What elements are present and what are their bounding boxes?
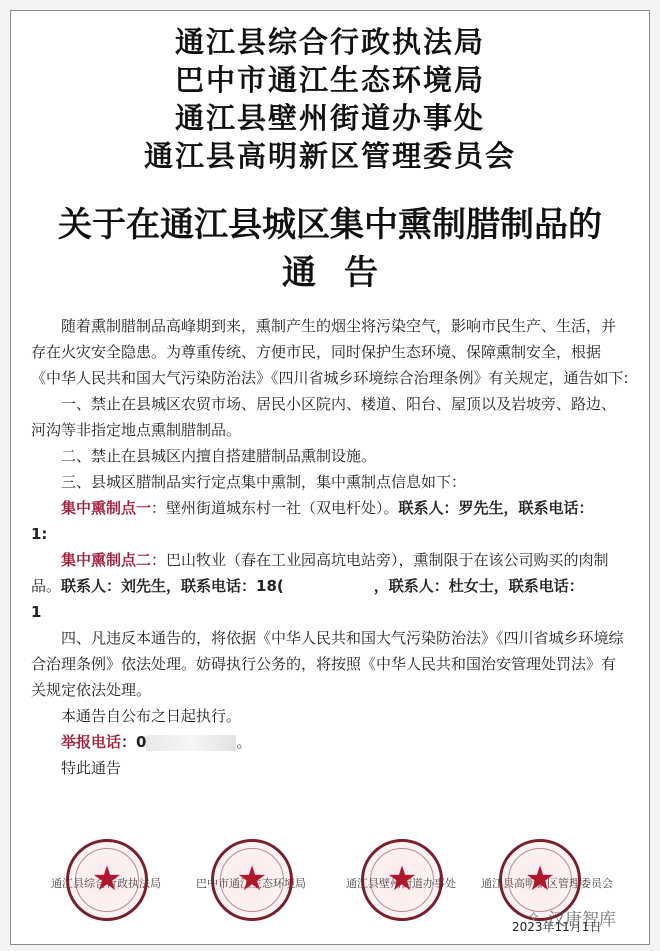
red-star-seal-icon: ★ xyxy=(211,839,293,921)
effective-statement: 本通告自公布之日起执行。 xyxy=(31,703,629,729)
red-star-seal-icon: ★ xyxy=(361,839,443,921)
issuing-agencies: 通江县综合行政执法局 巴中市通江生态环境局 通江县壁州街道办事处 通江县高明新区… xyxy=(11,23,649,175)
agency-line: 通江县综合行政执法局 xyxy=(11,23,649,61)
clause-3: 三、县城区腊制品实行定点集中熏制，集中熏制点信息如下： xyxy=(31,469,629,495)
point-2-contact-1: 联系人：刘先生，联系电话：18( xyxy=(61,577,284,595)
point-2-label: 集中熏制点二 xyxy=(61,551,151,569)
point-1-contact: 联系人：罗先生，联系电话： xyxy=(399,499,594,517)
point-1-label: 集中熏制点一 xyxy=(61,499,151,517)
report-value: ：0 xyxy=(121,733,146,751)
document-title: 关于在通江县城区集中熏制腊制品的 通告 xyxy=(11,201,649,297)
agency-line: 通江县壁州街道办事处 xyxy=(11,99,649,137)
title-line-1: 关于在通江县城区集中熏制腊制品的 xyxy=(11,201,649,249)
redacted-phone xyxy=(146,735,236,751)
title-line-2: 通告 xyxy=(11,249,649,297)
report-hotline: 举报电话：0。 xyxy=(31,729,629,755)
smoking-point-2: 集中熏制点二：巴山牧业（春在工业园高坑电站旁），熏制限于在该公司购买的肉制品。联… xyxy=(31,547,629,599)
notice-document: 通江县综合行政执法局 巴中市通江生态环境局 通江县壁州街道办事处 通江县高明新区… xyxy=(10,10,650,945)
agency-line: 通江县高明新区管理委员会 xyxy=(11,137,649,175)
report-label: 举报电话 xyxy=(61,733,121,751)
smoking-point-1: 集中熏制点一：壁州街道城东村一社（双电杆处）。联系人：罗先生，联系电话： xyxy=(31,495,629,521)
point-2-contact-2: ，联系人：杜女士，联系电话： xyxy=(374,577,584,595)
point-1-location: ：壁州街道城东村一社（双电杆处）。 xyxy=(151,499,399,517)
intro-paragraph: 随着熏制腊制品高峰期到来，熏制产生的烟尘将污染空气，影响市民生产、生活，并存在火… xyxy=(31,313,629,391)
point-1-phone: 1: xyxy=(31,521,629,547)
agency-line: 巴中市通江生态环境局 xyxy=(11,61,649,99)
clause-4: 四、凡违反本通告的，将依据《中华人民共和国大气污染防治法》《四川省城乡环境综合治… xyxy=(31,625,629,703)
clause-1: 一、禁止在县城区农贸市场、居民小区院内、楼道、阳台、屋顶以及岩坡旁、路边、河沟等… xyxy=(31,391,629,443)
closing-statement: 特此通告 xyxy=(31,755,629,781)
document-body: 随着熏制腊制品高峰期到来，熏制产生的烟尘将污染空气，影响市民生产、生活，并存在火… xyxy=(31,313,629,781)
wechat-icon: ✧ xyxy=(527,907,540,926)
red-star-seal-icon: ★ xyxy=(66,839,148,921)
point-2-phone: 1 xyxy=(31,599,629,625)
clause-2: 二、禁止在县城区内擅自搭建腊制品熏制设施。 xyxy=(31,443,629,469)
watermark: 汉唐智库 xyxy=(548,905,616,930)
